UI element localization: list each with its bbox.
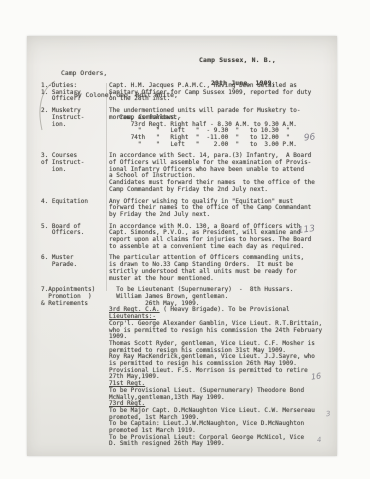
- margin-note-pencil: 4: [316, 436, 322, 445]
- appointments-text: To be Major Capt. D.McNaughton Vice Lieu…: [109, 407, 315, 448]
- section-label: 7.Appointments) Promotion ) & Retirement…: [41, 287, 105, 448]
- section-label: 1.-Duties: 1. Sanitary Officer:: [41, 83, 105, 103]
- section-label: 5. Board of Officers.: [41, 224, 105, 251]
- document-page: Camp Sussex, N. B., 29th June, 1909, Cam…: [27, 36, 337, 456]
- section-body: To be Lieutenant (Supernumerary) - 8th H…: [109, 287, 333, 448]
- camp-orders-title: Camp Orders,: [61, 70, 181, 77]
- section-label: 3. Courses of Instruct- ion.: [41, 153, 105, 193]
- section-label: 4. Equitation: [41, 199, 105, 219]
- section-row-appointments-promotions-retirements: 7.Appointments) Promotion ) & Retirement…: [41, 287, 333, 448]
- appointments-text: Corp'l. George Alexander Gamblin, Vice L…: [109, 320, 322, 381]
- orders-sections: 1.-Duties: 1. Sanitary Officer: Capt. H.…: [41, 83, 333, 453]
- section-label: 2. Musketry Instruct- ion.: [41, 108, 105, 148]
- appointments-text: ( Heavy Brigade). To be Provisional: [160, 306, 290, 313]
- section-body: In accordance with Sect. 14, para.(3) In…: [109, 153, 333, 193]
- section-body: The particular attention of Officers com…: [109, 255, 333, 282]
- appointments-text: To be Lieutenant (Supernumerary) - 8th H…: [109, 286, 293, 306]
- margin-note-pencil: 96: [303, 133, 315, 143]
- section-body: Capt. H.M. Jacques P.A.M.C., having been…: [109, 83, 333, 103]
- section-row-courses-of-instruction: 3. Courses of Instruct- ion. In accordan…: [41, 153, 333, 193]
- appointments-text: To be Provisional Lieut. (Supernumerary)…: [109, 387, 304, 401]
- dateline-place: Camp Sussex, N. B.,: [199, 57, 276, 65]
- section-row-board-of-officers: 5. Board of Officers. In accordance with…: [41, 224, 333, 251]
- section-row-equitation: 4. Equitation Any Officer wishing to qua…: [41, 199, 333, 219]
- margin-note-pencil: 16: [310, 371, 321, 381]
- section-body: The undermentioned units will parade for…: [109, 108, 333, 148]
- margin-note-pencil: 3: [325, 410, 331, 419]
- section-row-muster-parade: 6. Muster Parade. The particular attenti…: [41, 255, 333, 282]
- section-label: 6. Muster Parade.: [41, 255, 105, 282]
- section-row-musketry-instruction: 2. Musketry Instruct- ion. The underment…: [41, 108, 333, 148]
- section-body: Any Officer wishing to qualify in "Equit…: [109, 199, 333, 219]
- section-row-duties-sanitary-officer: 1.-Duties: 1. Sanitary Officer: Capt. H.…: [41, 83, 333, 103]
